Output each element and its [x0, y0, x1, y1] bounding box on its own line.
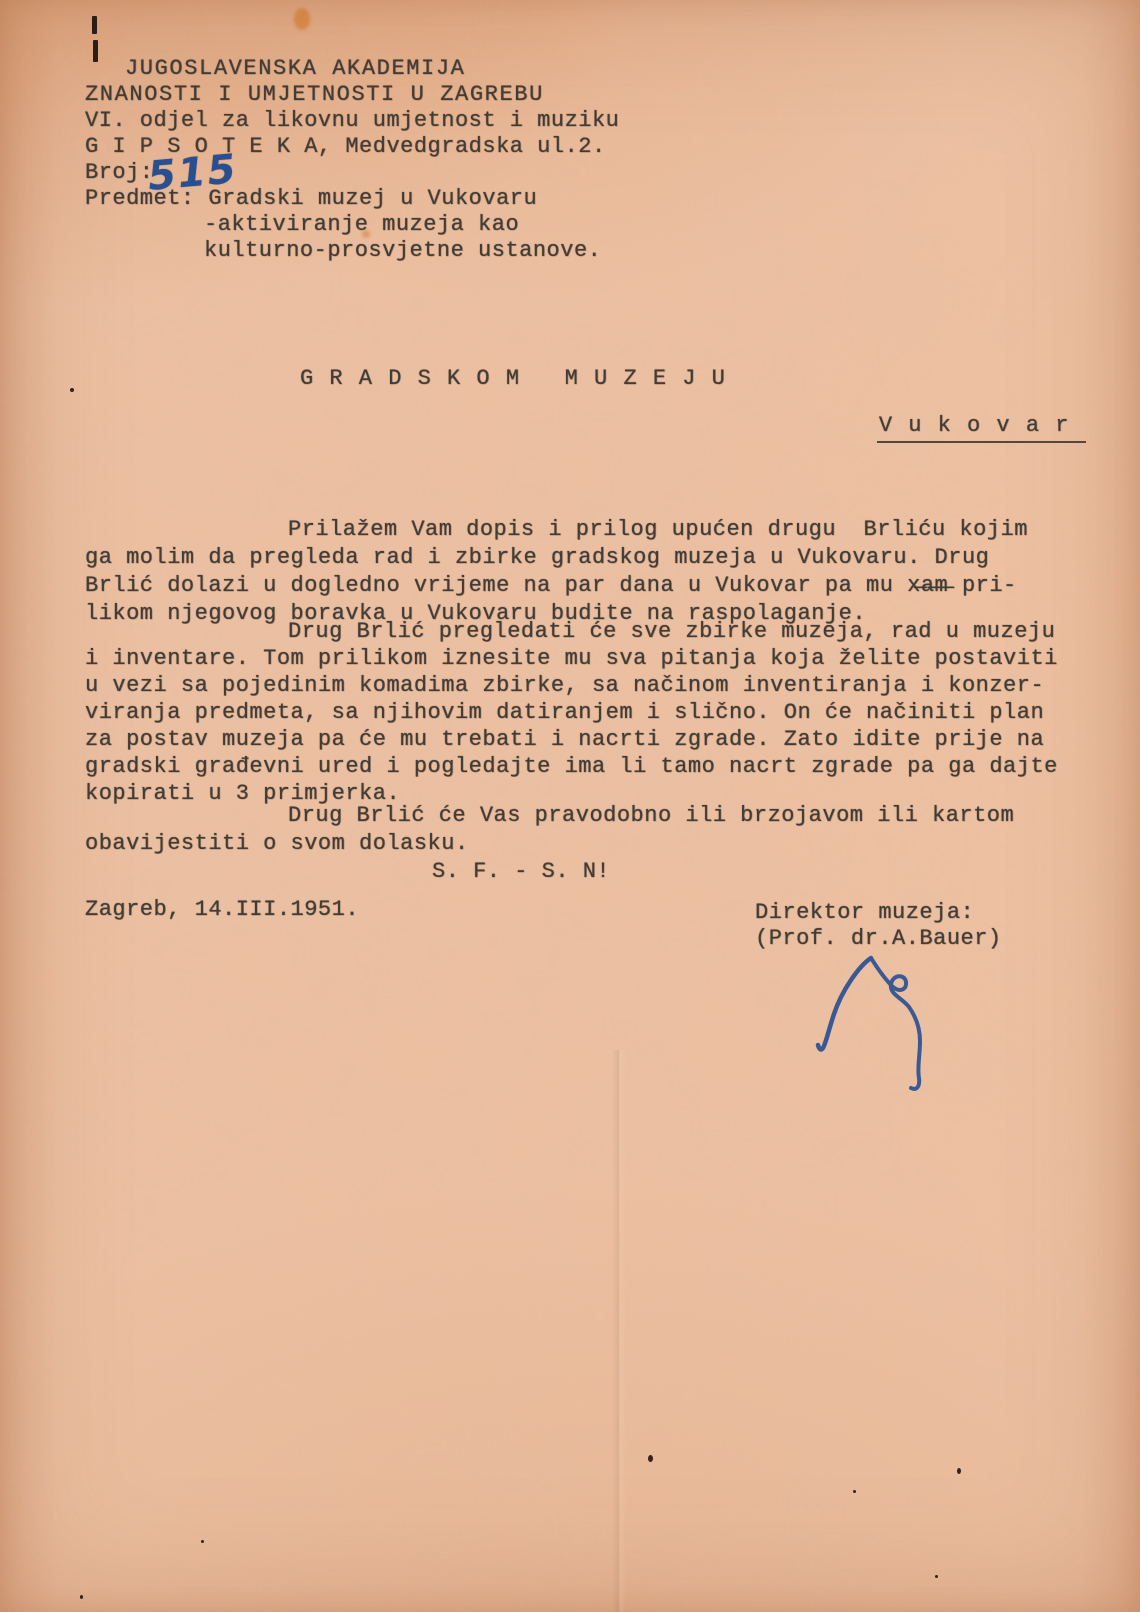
paragraph-2-line: u vezi sa pojedinim komadima zbirke, sa … — [85, 672, 1085, 699]
paragraph-1: Prilažem Vam dopis i prilog upućen drugu… — [85, 516, 1085, 628]
fold-crease — [612, 1050, 626, 1612]
paragraph-1-line: ga molim da pregleda rad i zbirke gradsk… — [85, 544, 1085, 572]
dateline: Zagreb, 14.III.1951. — [85, 896, 359, 923]
ink-speck — [935, 1575, 938, 1578]
signature-ink — [805, 942, 955, 1102]
recipient-city: V u k o v a r — [818, 388, 1086, 463]
stain-spot — [294, 8, 310, 30]
recipient-name: G R A D S K O M M U Z E J U — [300, 366, 726, 391]
paragraph-2-line: viranja predmeta, sa njihovim datiranjem… — [85, 699, 1085, 726]
paragraph-1-line: Prilažem Vam dopis i prilog upućen drugu… — [85, 516, 1085, 544]
subject-line2: -aktiviranje muzeja kao — [85, 212, 619, 238]
closing-slogan: S. F. - S. N! — [432, 858, 610, 885]
ink-speck — [853, 1490, 856, 1493]
ink-speck — [957, 1468, 961, 1474]
letter-page: JUGOSLAVENSKA AKADEMIJA ZNANOSTI I UMJET… — [0, 0, 1140, 1612]
ink-speck — [648, 1455, 653, 1462]
paragraph-2: Drug Brlić pregledati će sve zbirke muze… — [85, 618, 1085, 807]
ink-speck — [80, 1595, 83, 1599]
letterhead-institution-line1: JUGOSLAVENSKA AKADEMIJA — [85, 56, 619, 82]
letterhead-institution-line2: ZNANOSTI I UMJETNOSTI U ZAGREBU — [85, 82, 619, 108]
paragraph-3-line: obavijestiti o svom dolasku. — [85, 830, 1085, 858]
subject-line3: kulturno-prosvjetne ustanove. — [85, 238, 619, 264]
paragraph-1-line: Brlić dolazi u dogledno vrijeme na par d… — [85, 572, 1085, 600]
paragraph-2-line: Drug Brlić pregledati će sve zbirke muze… — [85, 618, 1085, 645]
binding-ink-mark — [92, 16, 97, 34]
paragraph-2-line: gradski građevni ured i pogledajte ima l… — [85, 753, 1085, 780]
ink-speck — [201, 1540, 204, 1543]
paragraph-2-line: i inventare. Tom prilikom iznesite mu sv… — [85, 645, 1085, 672]
paragraph-3-line: Drug Brlić će Vas pravodobno ili brzojav… — [85, 802, 1085, 830]
paragraph-3: Drug Brlić će Vas pravodobno ili brzojav… — [85, 802, 1085, 858]
handwritten-reference-number: 515 — [146, 146, 239, 200]
signature-block: Direktor muzeja: (Prof. dr.A.Bauer) — [755, 900, 1002, 952]
signatory-title: Direktor muzeja: — [755, 900, 1002, 926]
letterhead-department: VI. odjel za likovnu umjetnost i muziku — [85, 108, 619, 134]
paragraph-2-line: za postav muzeja pa će mu trebati i nacr… — [85, 726, 1085, 753]
recipient-city-underlined: V u k o v a r — [877, 413, 1086, 443]
signatory-name: (Prof. dr.A.Bauer) — [755, 926, 1002, 952]
ink-speck — [70, 388, 74, 392]
